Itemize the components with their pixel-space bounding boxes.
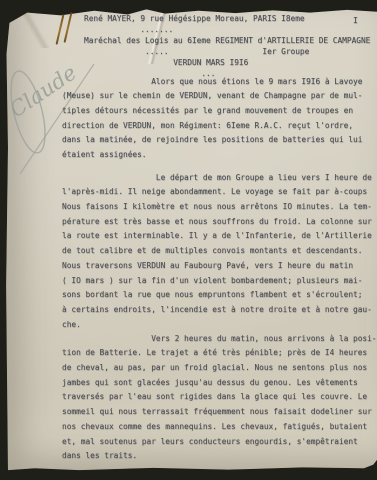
text-line: tion de Batterie. Le trajet a été très p… (62, 346, 377, 361)
letter-header: René MAYER, 9 rue Hégésippe Moreau, PARI… (84, 14, 370, 79)
text-line: tiples détours nécessités par le grand m… (62, 104, 362, 119)
text-line: traversés par l'eau sont rigides dans la… (62, 390, 377, 405)
text-line: ..... Ier Groupe (84, 47, 370, 58)
paragraph-2: Le départ de mon Groupe a lieu vers I he… (62, 171, 372, 333)
text-line: ( IO mars ) sur la fin d'un violent bomb… (62, 274, 372, 289)
text-line: sons bordant la rue que nous empruntons … (62, 288, 372, 303)
text-line: Vers 2 heures du matin, nous arrivons à … (62, 332, 377, 347)
text-line: Maréchal des Logis au 6Ieme REGIMENT d'A… (84, 36, 370, 47)
text-line: pérature est très basse et nous souffron… (62, 215, 372, 230)
tally-stroke-icon (64, 12, 73, 43)
text-line: la route est interminable. Il y a de l'I… (62, 229, 372, 244)
text-line: à certains endroits, l'incendie est à no… (62, 303, 372, 318)
text-line: nos chevaux comme des mannequins. Les ch… (62, 420, 377, 435)
paper-crease (19, 8, 49, 48)
text-line: Nous faisons I kilomètre et nous nous ar… (62, 200, 372, 215)
text-line: ....... (84, 25, 370, 36)
text-line: étaient assignées. (62, 148, 362, 163)
text-line: direction de VERDUN, mon Régiment: 6Ieme… (62, 119, 362, 134)
page-number: I (353, 15, 358, 25)
paragraph-3: Vers 2 heures du matin, nous arrivons à … (62, 332, 377, 464)
text-line: et, mal soutenus par leurs conducteurs e… (62, 435, 377, 450)
text-line: (Meuse) sur le chemin de VERDUN, venant … (62, 89, 362, 104)
text-line: che. (62, 318, 372, 333)
tally-marks-icon (54, 12, 80, 48)
text-line: Nous traversons VERDUN au Faubourg Pavé,… (62, 259, 372, 274)
text-line: jambes qui sont glacées jusqu'au dessus … (62, 376, 377, 391)
text-line: Le départ de mon Groupe a lieu vers I he… (62, 171, 372, 186)
text-line: sommeil qui nous terrassait fréquemment … (62, 405, 377, 420)
text-line: de tout calibre et de multiples convois … (62, 244, 372, 259)
text-line: Alors que nous étions le 9 mars I9I6 à L… (62, 75, 362, 90)
text-line: René MAYER, 9 rue Hégésippe Moreau, PARI… (84, 14, 370, 25)
paragraph-1: Alors que nous étions le 9 mars I9I6 à L… (62, 75, 362, 163)
text-line: dans la matinée, de rejoindre les positi… (62, 133, 362, 148)
text-line: l'après-midi. Il neige abondamment. Le v… (62, 185, 372, 200)
text-line: de cheval, au pas, par un froid glacial.… (62, 361, 377, 376)
text-line: dans les traits. (62, 449, 377, 464)
text-line: VERDUN MARS I9I6 (84, 58, 370, 69)
